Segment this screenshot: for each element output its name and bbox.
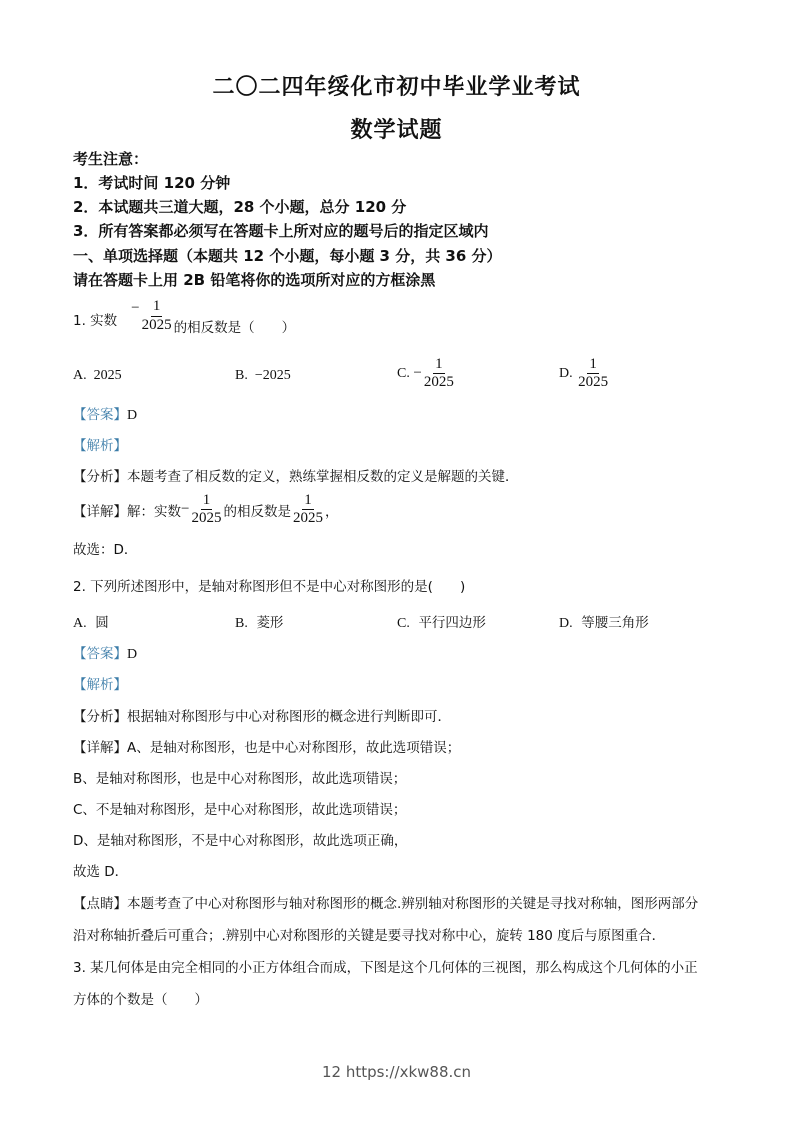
option-value: 2025 — [94, 368, 122, 383]
xiangjie-end: ， — [325, 500, 339, 520]
q2-dianjing-line2: 沿对称轴折叠后可重合；.辨别中心对称图形的关键是要寻找对称中心，旋转 180 度… — [73, 924, 665, 944]
q2-xiangjie-line: 【详解】A、是轴对称图形，也是中心对称图形，故此选项错误； — [73, 736, 460, 756]
section-heading: 一、单项选择题（本题共 12 个小题，每小题 3 分，共 36 分） — [73, 245, 502, 266]
option-value: 平行四边形 — [418, 615, 486, 631]
answer-label: 【答案】 — [73, 407, 127, 423]
fraction-numerator: 1 — [302, 492, 314, 510]
q1-xiangjie: 【详解】 解：实数 − 1 2025 的相反数是 1 2025 ， — [73, 492, 338, 528]
question-3-stem-line1: 3. 某几何体是由完全相同的小正方体组合而成，下图是这个几何体的三视图，那么构成… — [73, 956, 698, 976]
question-3-stem-line2: 方体的个数是（ ） — [73, 988, 208, 1008]
fenxi-text: 根据轴对称图形与中心对称图形的概念进行判断即可． — [127, 709, 451, 725]
xiangjie-mid: 的相反数是 — [223, 500, 291, 520]
xiangjie-label: 【详解】 — [73, 740, 127, 756]
fraction-numerator: 1 — [587, 356, 599, 374]
q2-answer: 【答案】D — [73, 642, 137, 663]
xiangjie-label: 【详解】 — [73, 500, 127, 520]
dianjing-label: 【点睛】 — [73, 896, 127, 912]
notice-item: 2．本试题共三道大题，28 个小题，总分 120 分 — [73, 196, 406, 217]
xiangjie-fraction: 1 2025 — [189, 492, 223, 528]
q1-prefix: 1. 实数 — [73, 309, 117, 329]
fraction-numerator: 1 — [433, 356, 445, 374]
notice-item: 3．所有答案都必须写在答题卡上所对应的题号后的指定区域内 — [73, 220, 488, 241]
q1-fraction: 1 2025 — [140, 298, 174, 334]
notice-heading: 考生注意： — [73, 148, 148, 169]
fenxi-label: 【分析】 — [73, 469, 127, 485]
option-fraction: 1 2025 — [422, 356, 456, 392]
q2-conclusion: 故选 D． — [73, 860, 128, 880]
question-2-stem: 2. 下列所述图形中，是轴对称图形但不是中心对称图形的是( ) — [73, 575, 465, 595]
option-value: 等腰三角形 — [581, 615, 649, 631]
q1-neg-sign: − — [131, 300, 139, 317]
footer-url[interactable]: https://xkw88.cn — [346, 1063, 471, 1081]
q1-answer: 【答案】D — [73, 403, 137, 424]
neg-sign: − — [181, 501, 189, 518]
fraction-denominator: 2025 — [422, 374, 456, 391]
notice-item: 1．考试时间 120 分钟 — [73, 172, 230, 193]
option-fraction: 1 2025 — [576, 356, 610, 392]
option-value: −2025 — [255, 368, 291, 383]
q2-xiangjie-line: C、不是轴对称图形，是中心对称图形，故此选项错误； — [73, 798, 406, 818]
q1-option-d: D. 1 2025 — [559, 356, 610, 392]
page-number: 12 — [322, 1063, 341, 1081]
fraction-numerator: 1 — [201, 492, 213, 510]
fenxi-text: 本题考查了相反数的定义，熟练掌握相反数的定义是解题的关键． — [127, 469, 519, 485]
fraction-numerator: 1 — [151, 298, 163, 316]
document-subtitle: 数学试题 — [0, 113, 793, 144]
neg-sign: − — [413, 365, 421, 382]
dianjing-text: 本题考查了中心对称图形与轴对称图形的概念.辨别轴对称图形的关键是寻找对称轴，图形… — [127, 896, 698, 912]
xiangjie-fraction-2: 1 2025 — [291, 492, 325, 528]
option-label: C. — [397, 616, 410, 631]
q2-option-a: A. 圆 — [73, 611, 109, 632]
option-label: D. — [559, 366, 573, 382]
q2-fenxi: 【分析】根据轴对称图形与中心对称图形的概念进行判断即可． — [73, 705, 451, 725]
xiangjie-prefix: 解：实数 — [127, 500, 181, 520]
option-label: A. — [73, 368, 87, 383]
answer-value: D — [127, 647, 137, 662]
option-label: D. — [559, 616, 573, 631]
section-instruction: 请在答题卡上用 2B 铅笔将你的选项所对应的方框涂黑 — [73, 269, 435, 290]
q2-option-d: D. 等腰三角形 — [559, 611, 649, 632]
q2-option-b: B. 菱形 — [235, 611, 283, 632]
q1-suffix: 的相反数是（ ） — [174, 316, 296, 336]
fraction-denominator: 2025 — [291, 510, 325, 527]
q2-option-c: C. 平行四边形 — [397, 611, 486, 632]
xiangjie-text: A、是轴对称图形，也是中心对称图形，故此选项错误； — [127, 740, 460, 756]
q1-conclusion: 故选：D． — [73, 538, 137, 558]
option-value: 圆 — [95, 615, 109, 631]
option-label: C. — [397, 366, 410, 382]
fenxi-label: 【分析】 — [73, 709, 127, 725]
document-title: 二〇二四年绥化市初中毕业学业考试 — [0, 70, 793, 101]
q1-option-b: B. −2025 — [235, 368, 291, 384]
q2-xiangjie-line: B、是轴对称图形，也是中心对称图形，故此选项错误； — [73, 767, 406, 787]
option-label: B. — [235, 616, 248, 631]
q2-xiangjie-line: D、是轴对称图形，不是中心对称图形，故此选项正确， — [73, 829, 407, 849]
option-label: A. — [73, 616, 87, 631]
option-label: B. — [235, 368, 248, 383]
q1-option-c: C. − 1 2025 — [397, 356, 456, 392]
q2-analysis-label: 【解析】 — [73, 673, 127, 693]
answer-value: D — [127, 408, 137, 423]
page-footer: 12 https://xkw88.cn — [0, 1063, 793, 1081]
q1-option-a: A. 2025 — [73, 368, 122, 384]
fraction-denominator: 2025 — [576, 374, 610, 391]
option-value: 菱形 — [256, 615, 283, 631]
q1-analysis-label: 【解析】 — [73, 434, 127, 454]
question-1-stem: 1. 实数 − 1 2025 的相反数是（ ） — [73, 302, 295, 336]
q2-dianjing: 【点睛】本题考查了中心对称图形与轴对称图形的概念.辨别轴对称图形的关键是寻找对称… — [73, 892, 698, 912]
answer-label: 【答案】 — [73, 646, 127, 662]
q1-fenxi: 【分析】本题考查了相反数的定义，熟练掌握相反数的定义是解题的关键． — [73, 465, 519, 485]
fraction-denominator: 2025 — [189, 510, 223, 527]
fraction-denominator: 2025 — [140, 317, 174, 334]
